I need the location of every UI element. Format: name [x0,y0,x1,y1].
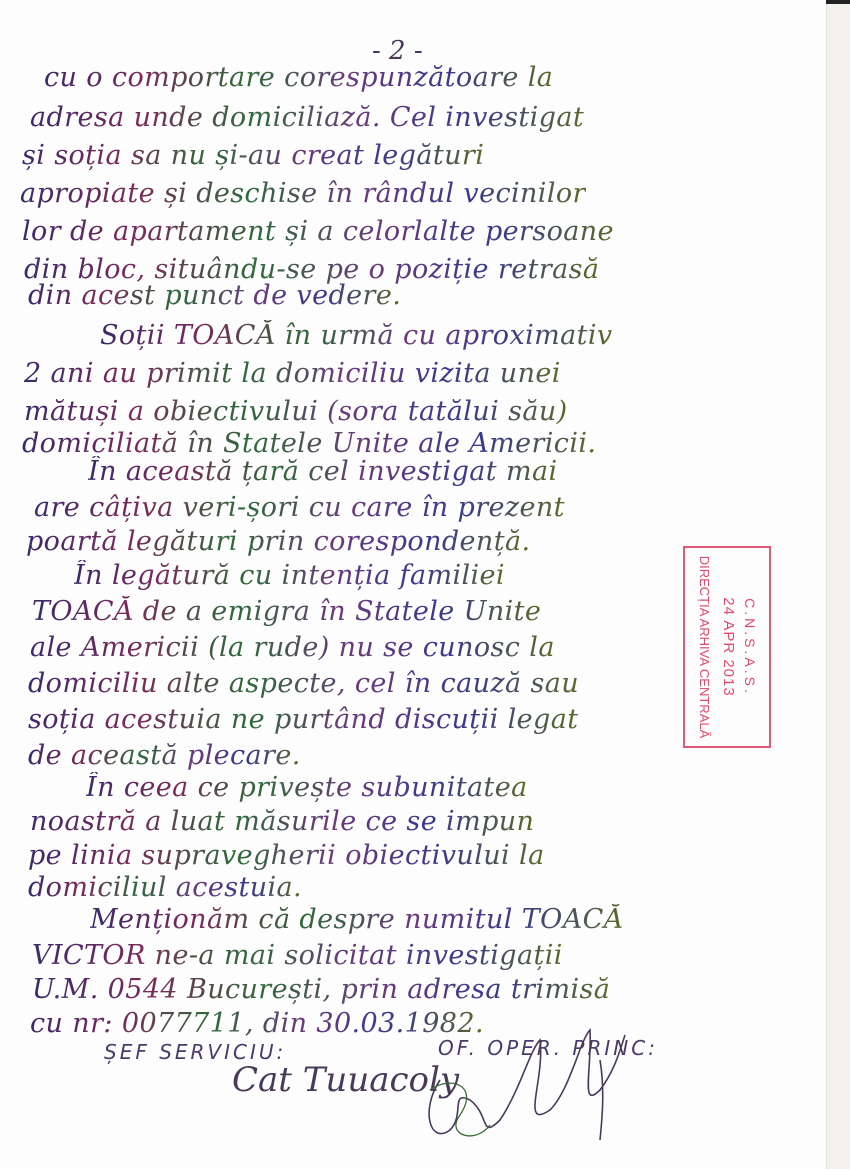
text-line: mătuși a obiectivului (sora tatălui său) [24,396,568,427]
text-line: 2 ani au primit la domiciliu vizita unei [24,358,561,389]
scan-edge [826,0,850,4]
text-line: În ceea ce privește subunitatea [86,772,528,803]
text-line: și soția sa nu și-au creat legături [22,140,484,171]
stamp-date: 24 APR 2013 [719,549,736,745]
text-line: domiciliul acestuia. [28,872,302,903]
text-line: pe linia supravegherii obiectivului la [28,840,545,871]
text-line: Menționăm că despre numitul TOACĂ [90,904,624,935]
text-line: poartă legături prin corespondență. [26,526,530,557]
text-line: noastră a luat măsurile ce se impun [30,806,534,837]
officer-signature-icon [420,1020,650,1150]
text-line: are câțiva veri-șori cu care în prezent [34,492,565,523]
text-line: În legătură cu intenția familiei [74,560,505,591]
text-line: lor de apartament și a celorlalte persoa… [22,216,614,247]
text-line: din acest punct de vedere. [28,280,401,311]
text-line: domiciliu alte aspecte, cel în cauză sau [28,668,579,699]
archive-stamp: C.N.S.A.S. 24 APR 2013 DIRECȚIA ARHIVA C… [683,546,771,748]
text-line: VICTOR ne-a mai solicitat investigații [32,940,563,971]
text-line: Soții TOACĂ în urmă cu aproximativ [100,320,613,351]
stamp-organization: C.N.S.A.S. [742,549,757,745]
text-line: soția acestuia ne purtând discuții legat [28,704,578,735]
text-line: cu nr: 0077711, din 30.03.1982. [30,1008,484,1039]
text-line: cu o comportare corespunzătoare la [44,62,553,93]
text-line: ale Americii (la rude) nu se cunosc la [30,632,555,663]
stamp-department: DIRECȚIA ARHIVA CENTRALĂ [697,549,711,745]
text-line: domiciliată în Statele Unite ale Americi… [22,428,596,459]
text-line: adresa unde domiciliază. Cel investigat [30,102,584,133]
text-line: În această țară cel investigat mai [88,456,558,487]
text-line: TOACĂ de a emigra în Statele Unite [32,596,541,627]
text-line: U.M. 0544 București, prin adresa trimisă [32,974,610,1005]
scan-margin [826,0,850,1169]
text-line: apropiate și deschise în rândul vecinilo… [20,178,586,209]
text-line: de această plecare. [28,740,301,771]
